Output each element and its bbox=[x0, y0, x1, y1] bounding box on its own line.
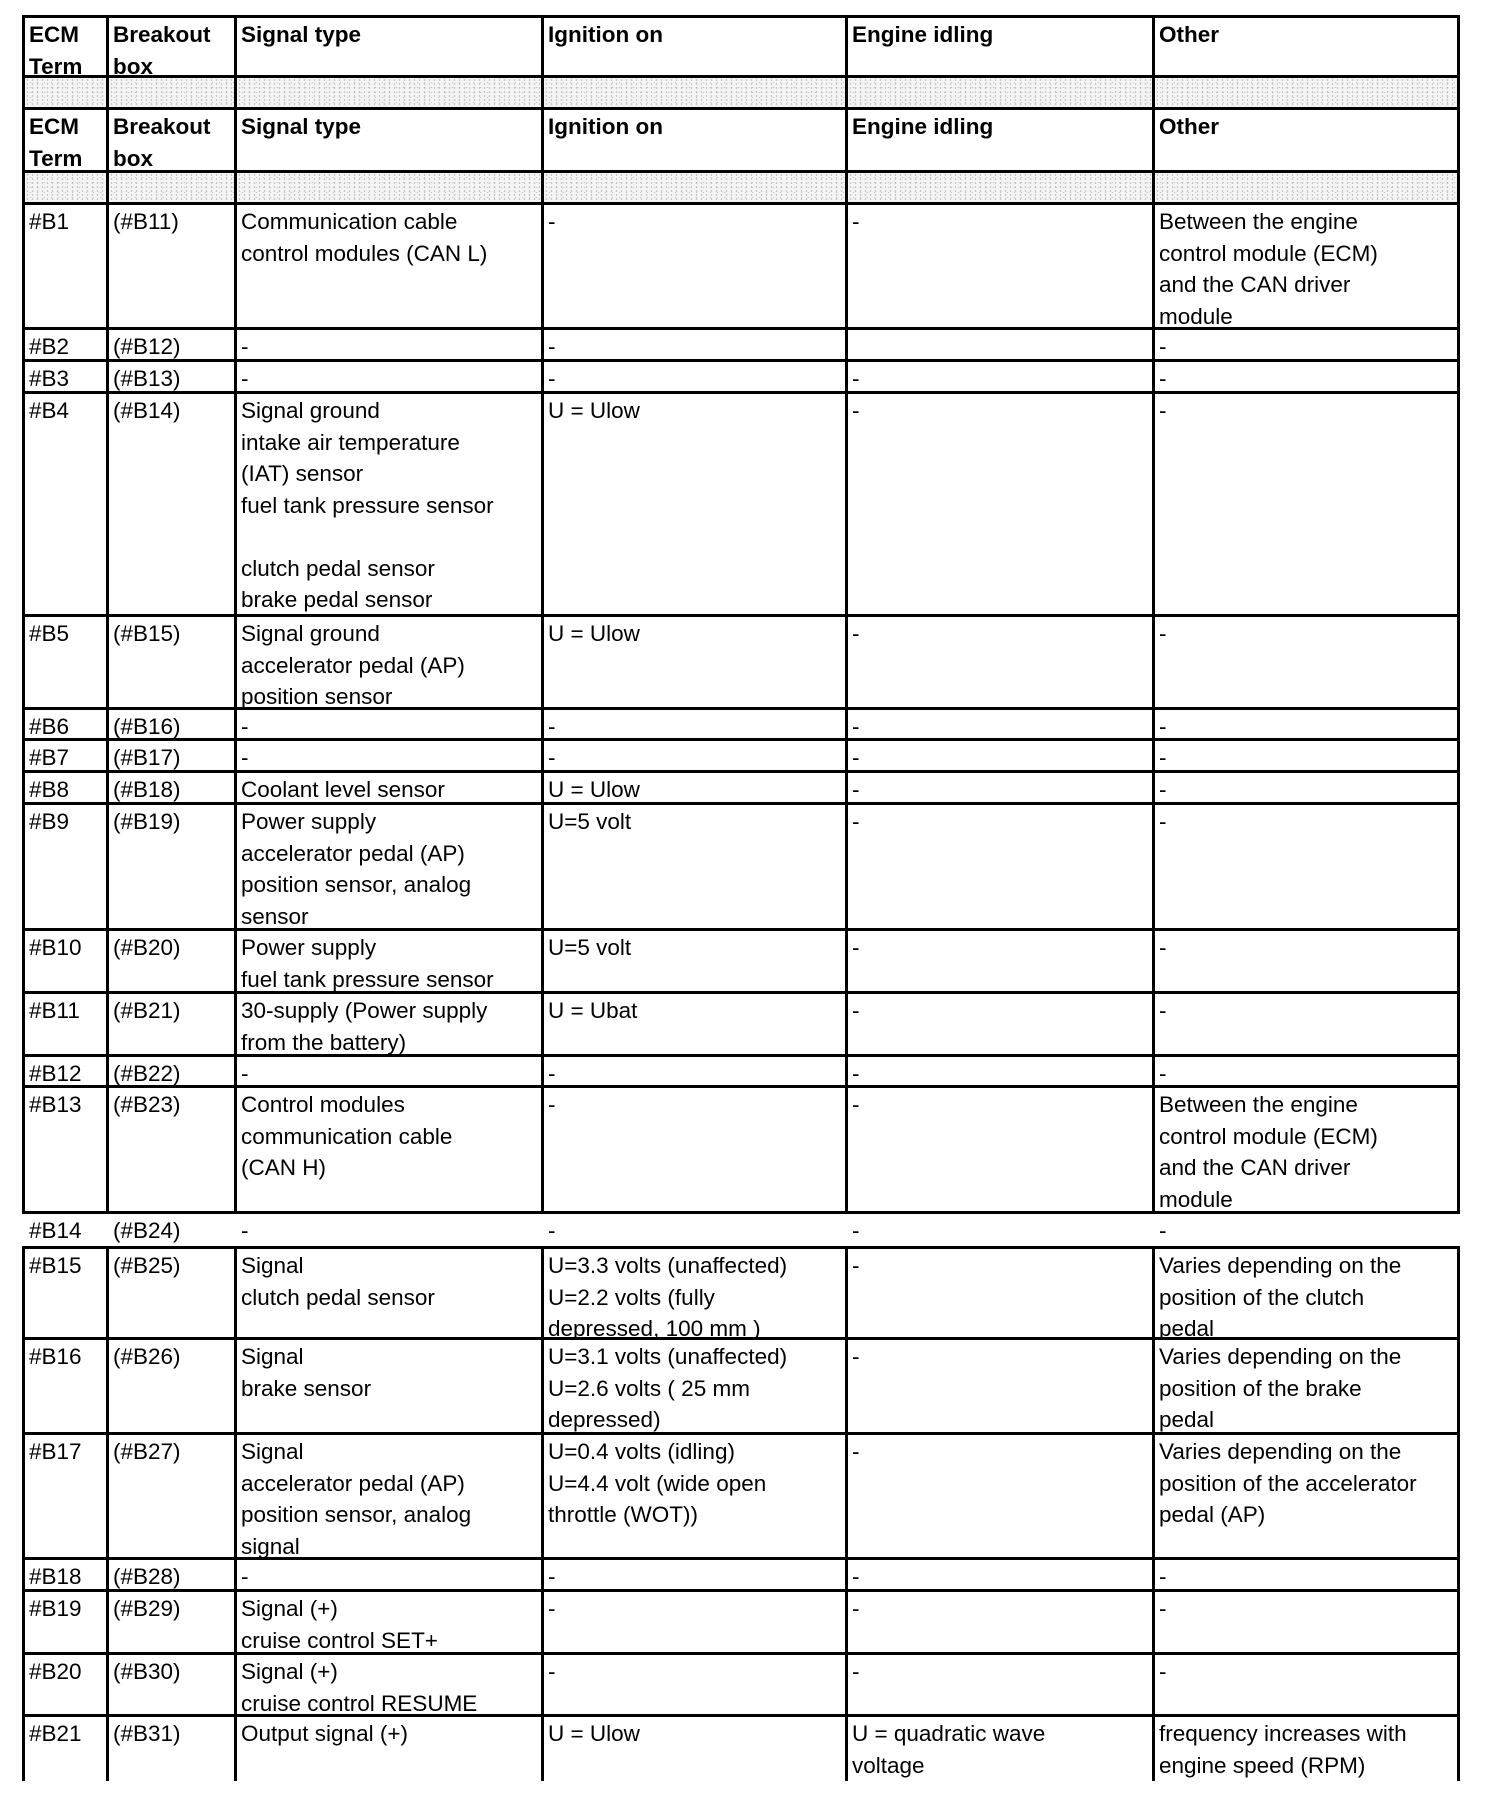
breakout-box-cell: (#B23) bbox=[106, 1088, 234, 1211]
noise-cell bbox=[1152, 173, 1460, 202]
other-cell: - bbox=[1152, 773, 1460, 802]
table-row: #B7(#B17)---- bbox=[22, 741, 1460, 773]
noise-cell bbox=[106, 78, 234, 107]
signal-type-cell: - bbox=[234, 1560, 541, 1589]
signal-type-cell: - bbox=[234, 741, 541, 770]
ecm-term-cell: #B11 bbox=[22, 994, 106, 1054]
other-cell: - bbox=[1152, 362, 1460, 391]
breakout-box-cell: (#B20) bbox=[106, 931, 234, 991]
signal-type-cell: Control modules communication cable (CAN… bbox=[234, 1088, 541, 1211]
ecm-term-cell: #B14 bbox=[22, 1214, 106, 1246]
ecm-term-cell: #B21 bbox=[22, 1717, 106, 1781]
breakout-box-cell: (#B28) bbox=[106, 1560, 234, 1589]
ignition-on-cell: - bbox=[541, 1088, 845, 1211]
engine-idling-cell: - bbox=[845, 1057, 1152, 1085]
other-cell: - bbox=[1152, 1057, 1460, 1085]
ecm-term-cell: #B7 bbox=[22, 741, 106, 770]
breakout-box-cell: (#B16) bbox=[106, 710, 234, 738]
table-row: #B9(#B19)Power supply accelerator pedal … bbox=[22, 805, 1460, 931]
breakout-box-cell: (#B31) bbox=[106, 1717, 234, 1781]
breakout-box-cell: (#B17) bbox=[106, 741, 234, 770]
table-body: #B1(#B11)Communication cable control mod… bbox=[22, 205, 1460, 1781]
breakout-box-cell: (#B15) bbox=[106, 617, 234, 707]
engine-idling-cell: - bbox=[845, 1435, 1152, 1557]
signal-type-cell: Communication cable control modules (CAN… bbox=[234, 205, 541, 327]
table-row: #B19(#B29)Signal (+) cruise control SET+… bbox=[22, 1592, 1460, 1655]
header-engine-idling: Engine idling bbox=[845, 110, 1152, 170]
signal-type-cell: Power supply fuel tank pressure sensor bbox=[234, 931, 541, 991]
engine-idling-cell: - bbox=[845, 205, 1152, 327]
other-cell: frequency increases with engine speed (R… bbox=[1152, 1717, 1460, 1781]
engine-idling-cell: - bbox=[845, 710, 1152, 738]
breakout-box-cell: (#B13) bbox=[106, 362, 234, 391]
breakout-box-cell: (#B12) bbox=[106, 330, 234, 359]
other-cell: - bbox=[1152, 741, 1460, 770]
header-signal-type: Signal type bbox=[234, 18, 541, 75]
noise-cell bbox=[541, 173, 845, 202]
other-cell: - bbox=[1152, 710, 1460, 738]
header-ignition-on: Ignition on bbox=[541, 18, 845, 75]
breakout-box-cell: (#B30) bbox=[106, 1655, 234, 1714]
header-other: Other bbox=[1152, 110, 1460, 170]
ecm-term-cell: #B13 bbox=[22, 1088, 106, 1211]
ignition-on-cell: - bbox=[541, 710, 845, 738]
breakout-box-cell: (#B11) bbox=[106, 205, 234, 327]
signal-type-cell: - bbox=[234, 1214, 541, 1246]
signal-type-cell: Signal clutch pedal sensor bbox=[234, 1249, 541, 1337]
ignition-on-cell: U=3.3 volts (unaffected) U=2.2 volts (fu… bbox=[541, 1249, 845, 1337]
other-cell: - bbox=[1152, 994, 1460, 1054]
table-row: #B15(#B25)Signal clutch pedal sensorU=3.… bbox=[22, 1246, 1460, 1340]
header-ecm-term: ECM Term bbox=[22, 18, 106, 75]
table-header-row: ECM Term Breakout box Signal type Igniti… bbox=[22, 15, 1460, 78]
table-row: #B18(#B28)---- bbox=[22, 1560, 1460, 1592]
ignition-on-cell: - bbox=[541, 1592, 845, 1652]
ecm-term-cell: #B4 bbox=[22, 394, 106, 614]
table-row: #B12(#B22)---- bbox=[22, 1057, 1460, 1088]
table-row: #B3(#B13)---- bbox=[22, 362, 1460, 394]
signal-type-cell: - bbox=[234, 362, 541, 391]
breakout-box-cell: (#B29) bbox=[106, 1592, 234, 1652]
ignition-on-cell: U = Ulow bbox=[541, 1717, 845, 1781]
noise-cell bbox=[845, 78, 1152, 107]
signal-type-cell: 30-supply (Power supply from the battery… bbox=[234, 994, 541, 1054]
ecm-term-cell: #B19 bbox=[22, 1592, 106, 1652]
engine-idling-cell: - bbox=[845, 931, 1152, 991]
ecm-term-cell: #B3 bbox=[22, 362, 106, 391]
engine-idling-cell: - bbox=[845, 773, 1152, 802]
signal-type-cell: Signal brake sensor bbox=[234, 1340, 541, 1432]
header-engine-idling: Engine idling bbox=[845, 18, 1152, 75]
ignition-on-cell: U = Ubat bbox=[541, 994, 845, 1054]
table-row: #B11(#B21)30-supply (Power supply from t… bbox=[22, 994, 1460, 1057]
table-header-row-repeat: ECM Term Breakout box Signal type Igniti… bbox=[22, 110, 1460, 173]
ecm-term-cell: #B6 bbox=[22, 710, 106, 738]
header-ignition-on: Ignition on bbox=[541, 110, 845, 170]
header-signal-type: Signal type bbox=[234, 110, 541, 170]
other-cell: - bbox=[1152, 394, 1460, 614]
engine-idling-cell: - bbox=[845, 394, 1152, 614]
other-cell: Varies depending on the position of the … bbox=[1152, 1340, 1460, 1432]
signal-type-cell: Signal accelerator pedal (AP) position s… bbox=[234, 1435, 541, 1557]
engine-idling-cell: U = quadratic wave voltage bbox=[845, 1717, 1152, 1781]
table-row: #B6(#B16)---- bbox=[22, 710, 1460, 741]
breakout-box-cell: (#B21) bbox=[106, 994, 234, 1054]
noise-cell bbox=[106, 173, 234, 202]
header-other: Other bbox=[1152, 18, 1460, 75]
table-row: #B21(#B31)Output signal (+)U = UlowU = q… bbox=[22, 1717, 1460, 1781]
other-cell: Varies depending on the position of the … bbox=[1152, 1249, 1460, 1337]
table-row: #B13(#B23)Control modules communication … bbox=[22, 1088, 1460, 1214]
other-cell: Between the engine control module (ECM) … bbox=[1152, 1088, 1460, 1211]
signal-type-cell: Coolant level sensor bbox=[234, 773, 541, 802]
table-row: #B16(#B26)Signal brake sensorU=3.1 volts… bbox=[22, 1340, 1460, 1435]
other-cell: - bbox=[1152, 805, 1460, 928]
table-row: #B8(#B18)Coolant level sensorU = Ulow-- bbox=[22, 773, 1460, 805]
engine-idling-cell: - bbox=[845, 1655, 1152, 1714]
ignition-on-cell: - bbox=[541, 1655, 845, 1714]
signal-type-cell: Signal (+) cruise control SET+ bbox=[234, 1592, 541, 1652]
breakout-box-cell: (#B19) bbox=[106, 805, 234, 928]
engine-idling-cell: - bbox=[845, 1592, 1152, 1652]
ecm-term-cell: #B2 bbox=[22, 330, 106, 359]
ecm-term-cell: #B1 bbox=[22, 205, 106, 327]
table-row: #B17(#B27)Signal accelerator pedal (AP) … bbox=[22, 1435, 1460, 1560]
ecm-term-cell: #B8 bbox=[22, 773, 106, 802]
ignition-on-cell: - bbox=[541, 205, 845, 327]
engine-idling-cell: - bbox=[845, 1340, 1152, 1432]
ecm-term-cell: #B5 bbox=[22, 617, 106, 707]
signal-type-cell: - bbox=[234, 330, 541, 359]
signal-type-cell: Power supply accelerator pedal (AP) posi… bbox=[234, 805, 541, 928]
ignition-on-cell: - bbox=[541, 330, 845, 359]
engine-idling-cell: - bbox=[845, 805, 1152, 928]
table-row: #B2(#B12)--- bbox=[22, 330, 1460, 362]
signal-type-cell: Output signal (+) bbox=[234, 1717, 541, 1781]
signal-type-cell: Signal ground intake air temperature (IA… bbox=[234, 394, 541, 614]
engine-idling-cell: - bbox=[845, 617, 1152, 707]
ignition-on-cell: U=3.1 volts (unaffected) U=2.6 volts ( 2… bbox=[541, 1340, 845, 1432]
ignition-on-cell: U = Ulow bbox=[541, 617, 845, 707]
table-row: #B4(#B14)Signal ground intake air temper… bbox=[22, 394, 1460, 617]
other-cell: - bbox=[1152, 330, 1460, 359]
breakout-box-cell: (#B24) bbox=[106, 1214, 234, 1246]
ecm-terminal-table: ECM Term Breakout box Signal type Igniti… bbox=[22, 15, 1460, 1781]
ignition-on-cell: - bbox=[541, 362, 845, 391]
table-row: #B1(#B11)Communication cable control mod… bbox=[22, 205, 1460, 330]
signal-type-cell: Signal ground accelerator pedal (AP) pos… bbox=[234, 617, 541, 707]
ignition-on-cell: U=5 volt bbox=[541, 931, 845, 991]
scan-noise-row bbox=[22, 173, 1460, 205]
ecm-term-cell: #B18 bbox=[22, 1560, 106, 1589]
table-row: #B10(#B20)Power supply fuel tank pressur… bbox=[22, 931, 1460, 994]
other-cell: Between the engine control module (ECM) … bbox=[1152, 205, 1460, 327]
other-cell: - bbox=[1152, 1592, 1460, 1652]
ignition-on-cell: - bbox=[541, 741, 845, 770]
table-row: #B14(#B24)---- bbox=[22, 1214, 1460, 1246]
header-breakout-box: Breakout box bbox=[106, 110, 234, 170]
ignition-on-cell: - bbox=[541, 1057, 845, 1085]
table-row: #B5(#B15)Signal ground accelerator pedal… bbox=[22, 617, 1460, 710]
noise-cell bbox=[234, 78, 541, 107]
ignition-on-cell: - bbox=[541, 1560, 845, 1589]
noise-cell bbox=[22, 173, 106, 202]
engine-idling-cell: - bbox=[845, 1249, 1152, 1337]
noise-cell bbox=[22, 78, 106, 107]
other-cell: - bbox=[1152, 1655, 1460, 1714]
engine-idling-cell: - bbox=[845, 994, 1152, 1054]
ecm-term-cell: #B12 bbox=[22, 1057, 106, 1085]
noise-cell bbox=[845, 173, 1152, 202]
ecm-term-cell: #B10 bbox=[22, 931, 106, 991]
engine-idling-cell: - bbox=[845, 741, 1152, 770]
ignition-on-cell: - bbox=[541, 1214, 845, 1246]
ignition-on-cell: U=5 volt bbox=[541, 805, 845, 928]
ecm-term-cell: #B15 bbox=[22, 1249, 106, 1337]
header-breakout-box: Breakout box bbox=[106, 18, 234, 75]
other-cell: - bbox=[1152, 1560, 1460, 1589]
signal-type-cell: - bbox=[234, 710, 541, 738]
ecm-term-cell: #B16 bbox=[22, 1340, 106, 1432]
signal-type-cell: - bbox=[234, 1057, 541, 1085]
signal-type-cell: Signal (+) cruise control RESUME bbox=[234, 1655, 541, 1714]
other-cell: - bbox=[1152, 617, 1460, 707]
scan-noise-row bbox=[22, 78, 1460, 110]
ecm-term-cell: #B20 bbox=[22, 1655, 106, 1714]
other-cell: Varies depending on the position of the … bbox=[1152, 1435, 1460, 1557]
ecm-term-cell: #B9 bbox=[22, 805, 106, 928]
breakout-box-cell: (#B18) bbox=[106, 773, 234, 802]
header-ecm-term: ECM Term bbox=[22, 110, 106, 170]
breakout-box-cell: (#B14) bbox=[106, 394, 234, 614]
breakout-box-cell: (#B22) bbox=[106, 1057, 234, 1085]
engine-idling-cell: - bbox=[845, 1088, 1152, 1211]
ignition-on-cell: U = Ulow bbox=[541, 394, 845, 614]
other-cell: - bbox=[1152, 931, 1460, 991]
engine-idling-cell: - bbox=[845, 1214, 1152, 1246]
noise-cell bbox=[1152, 78, 1460, 107]
table-row: #B20(#B30)Signal (+) cruise control RESU… bbox=[22, 1655, 1460, 1717]
breakout-box-cell: (#B25) bbox=[106, 1249, 234, 1337]
engine-idling-cell: - bbox=[845, 362, 1152, 391]
breakout-box-cell: (#B26) bbox=[106, 1340, 234, 1432]
ignition-on-cell: U=0.4 volts (idling) U=4.4 volt (wide op… bbox=[541, 1435, 845, 1557]
ecm-term-cell: #B17 bbox=[22, 1435, 106, 1557]
engine-idling-cell bbox=[845, 330, 1152, 359]
other-cell: - bbox=[1152, 1214, 1460, 1246]
noise-cell bbox=[541, 78, 845, 107]
engine-idling-cell: - bbox=[845, 1560, 1152, 1589]
noise-cell bbox=[234, 173, 541, 202]
ignition-on-cell: U = Ulow bbox=[541, 773, 845, 802]
breakout-box-cell: (#B27) bbox=[106, 1435, 234, 1557]
